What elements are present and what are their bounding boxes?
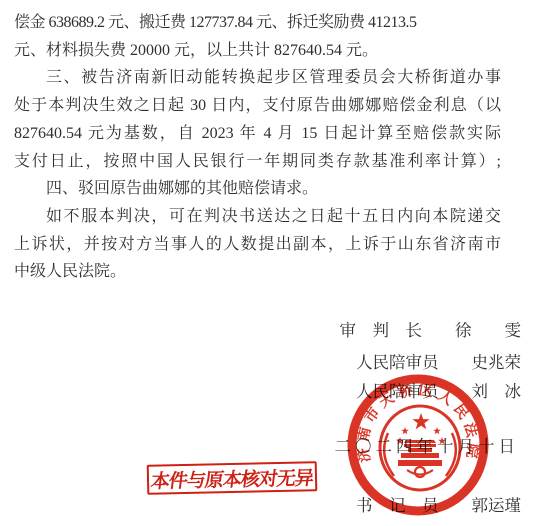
body-line: 三、被告济南新旧动能转换起步区管理委员会大桥街道办事 (14, 64, 501, 92)
verification-stamp-text: 本件与原本核对无异 (149, 463, 314, 493)
judgment-body: 偿金 638689.2 元、搬迁费 127737.84 元、拆迁奖励费 4121… (14, 9, 501, 286)
national-emblem-icon (380, 406, 460, 490)
body-line: 中级人民法院。 (14, 258, 501, 286)
body-line: 处于本判决生效之日起 30 日内，支付原告曲娜娜赔偿金利息（以 (14, 92, 501, 120)
judgment-page: 偿金 638689.2 元、搬迁费 127737.84 元、拆迁奖励费 4121… (0, 0, 534, 526)
verification-stamp: 本件与原本核对无异 (147, 461, 318, 495)
court-seal-icon: 济南市天桥区人民法院 (346, 373, 490, 517)
body-line: 如不服本判决，可在判决书送达之日起十五日内向本院递交 (14, 203, 501, 231)
body-line: 支付日止，按照中国人民银行一年期同类存款基准利率计算）; (14, 148, 501, 176)
presiding-judge-line: 审 判 长 徐 雯 (340, 321, 522, 340)
body-line: 827640.54 元为基数，自 2023 年 4 月 15 日起计算至赔偿款实… (14, 120, 501, 148)
tiananmen-gate-icon (398, 440, 442, 466)
body-line: 四、驳回原告曲娜娜的其他赔偿请求。 (14, 175, 501, 203)
stars-icon (396, 413, 446, 444)
body-line: 上诉状，并按对方当事人的人数提出副本，上诉于山东省济南市 (14, 231, 501, 259)
body-line: 元、材料损失费 20000 元，以上共计 827640.54 元。 (14, 37, 501, 65)
body-line: 偿金 638689.2 元、搬迁费 127737.84 元、拆迁奖励费 4121… (14, 9, 501, 37)
juror-line-1: 人民陪审员 史兆荣 (356, 353, 521, 372)
